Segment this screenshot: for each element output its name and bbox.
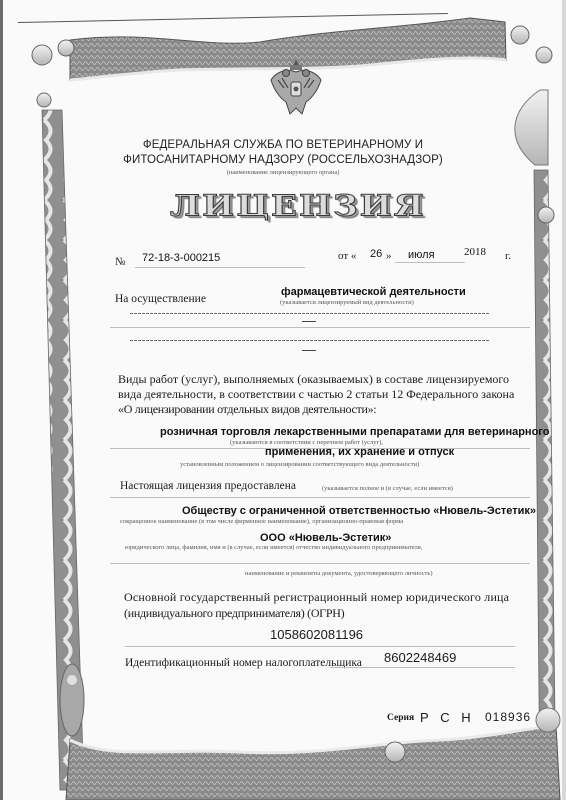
- license-year: 2018: [464, 246, 486, 258]
- ogrn-label-line-1: Основной государственный регистрационный…: [124, 590, 509, 605]
- works-value-line-2: применения, их хранение и отпуск: [265, 446, 454, 458]
- license-month: июля: [408, 249, 435, 261]
- russian-coat-of-arms-icon: [268, 58, 324, 120]
- underline: [110, 327, 530, 328]
- blank-dash: [302, 350, 316, 351]
- inn-label: Идентификационный номер налогоплательщик…: [125, 657, 362, 669]
- blank-line: [130, 313, 490, 314]
- ogrn-label-line-2: (индивидуального предпринимателя) (ОГРН): [124, 606, 344, 621]
- underline: [330, 667, 515, 668]
- inn-value: 8602248469: [384, 650, 456, 665]
- works-intro-line-3: «О лицензировании отдельных видов деятел…: [118, 402, 376, 417]
- authority-hint: (наименование лицензирующего органа): [0, 169, 566, 176]
- license-number: 72-18-3-000215: [142, 252, 220, 264]
- licensee-full-name: Обществу с ограниченной ответственностью…: [182, 505, 536, 517]
- underline: [125, 646, 515, 647]
- licensee-hint-1: (указывается полное и (в случае, если им…: [322, 485, 453, 492]
- year-suffix: г.: [505, 250, 511, 262]
- activity-hint: (указывается лицензируемый вид деятельно…: [280, 299, 414, 306]
- series-letters: Р С Н: [420, 710, 475, 725]
- licensee-hint-3: юридического лица, фамилия, имя и (в слу…: [125, 544, 422, 551]
- activity-value: фармацевтической деятельности: [281, 286, 466, 298]
- date-quote: »: [386, 250, 392, 262]
- license-document: ФЕДЕРАЛЬНАЯ СЛУЖБА ПО ВЕТЕРИНАРНОМУ И ФИ…: [0, 0, 566, 800]
- series-label: Серия: [387, 713, 414, 723]
- works-intro-line-2: вида деятельности, в соответствии с част…: [118, 387, 514, 402]
- document-title: ЛИЦЕНЗИЯ: [170, 189, 420, 223]
- licensee-label: Настоящая лицензия предоставлена: [120, 480, 296, 492]
- underline: [135, 267, 305, 268]
- licensee-short-name: ООО «Нювель-Эстетик»: [260, 532, 391, 544]
- ogrn-value: 1058602081196: [270, 627, 363, 642]
- works-hint-2: установленным положением о лицензировани…: [180, 461, 419, 468]
- works-hint-1: (указываются в соответствии с перечнем р…: [230, 439, 383, 446]
- authority-line-1: ФЕДЕРАЛЬНАЯ СЛУЖБА ПО ВЕТЕРИНАРНОМУ И: [0, 139, 566, 151]
- licensee-hint-2: сокращенное наименование (в том числе фи…: [120, 518, 403, 525]
- works-intro-line-1: Виды работ (услуг), выполняемых (оказыва…: [118, 372, 509, 387]
- underline: [110, 563, 530, 564]
- license-day: 26: [370, 248, 382, 260]
- date-from-label: от «: [338, 250, 356, 262]
- blank-dash: [302, 321, 316, 322]
- underline: [110, 497, 530, 498]
- activity-label: На осуществление: [115, 293, 206, 305]
- underline: [395, 262, 465, 263]
- licensee-hint-4: наименование и реквизиты документа, удос…: [245, 570, 433, 577]
- series-number: 018936: [485, 710, 531, 724]
- authority-line-2: ФИТОСАНИТАРНОМУ НАДЗОРУ (РОССЕЛЬХОЗНАДЗО…: [0, 154, 566, 166]
- blank-line: [130, 340, 490, 341]
- number-label: №: [115, 256, 126, 268]
- works-value-line-1: розничная торговля лекарственными препар…: [160, 426, 549, 438]
